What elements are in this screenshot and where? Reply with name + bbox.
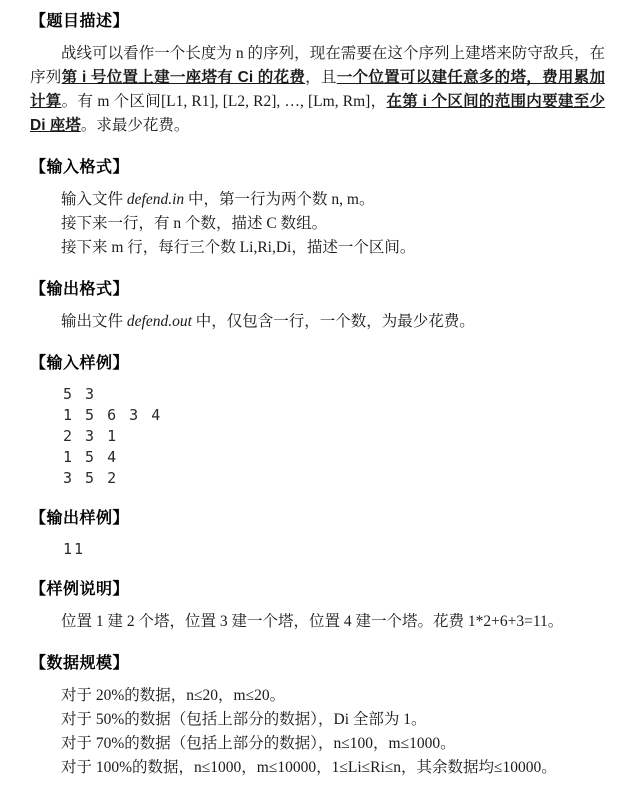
problem-description-paragraph: 战线可以看作一个长度为 n 的序列，现在需要在这个序列上建塔来防守敌兵，在序列第… — [30, 42, 605, 138]
heading-problem-description: 【题目描述】 — [30, 12, 605, 32]
code-line: 2 3 1 — [63, 426, 605, 447]
data-scale-lines: 对于 20%的数据，n≤20，m≤20。 对于 50%的数据（包括上部分的数据）… — [30, 684, 605, 780]
text-line: 输出文件 defend.out 中，仅包含一行，一个数，为最少花费。 — [30, 310, 605, 334]
text-line: 接下来一行，有 n 个数，描述 C 数组。 — [30, 212, 605, 236]
heading-sample-explanation: 【样例说明】 — [30, 580, 605, 600]
heading-input-sample: 【输入样例】 — [30, 354, 605, 374]
text-line: 对于 70%的数据（包括上部分的数据），n≤100，m≤1000。 — [30, 732, 605, 756]
heading-output-sample: 【输出样例】 — [30, 509, 605, 529]
text-line: 对于 20%的数据，n≤20，m≤20。 — [30, 684, 605, 708]
code-line: 3 5 2 — [63, 468, 605, 489]
section-sample-explanation: 【样例说明】 位置 1 建 2 个塔，位置 3 建一个塔，位置 4 建一个塔。花… — [30, 580, 605, 634]
code-line: 11 — [63, 539, 605, 560]
section-input-sample: 【输入样例】 5 3 1 5 6 3 4 2 3 1 1 5 4 3 5 2 — [30, 354, 605, 489]
input-format-lines: 输入文件 defend.in 中，第一行为两个数 n, m。 接下来一行，有 n… — [30, 188, 605, 260]
text-line: 位置 1 建 2 个塔，位置 3 建一个塔，位置 4 建一个塔。花费 1*2+6… — [30, 610, 605, 634]
section-problem-description: 【题目描述】 战线可以看作一个长度为 n 的序列，现在需要在这个序列上建塔来防守… — [30, 12, 605, 138]
text-line: 对于 100%的数据，n≤1000，m≤10000，1≤Li≤Ri≤n，其余数据… — [30, 756, 605, 780]
sample-explanation-lines: 位置 1 建 2 个塔，位置 3 建一个塔，位置 4 建一个塔。花费 1*2+6… — [30, 610, 605, 634]
document-page: 【题目描述】 战线可以看作一个长度为 n 的序列，现在需要在这个序列上建塔来防守… — [0, 0, 636, 794]
section-output-sample: 【输出样例】 11 — [30, 509, 605, 560]
output-format-lines: 输出文件 defend.out 中，仅包含一行，一个数，为最少花费。 — [30, 310, 605, 334]
code-line: 5 3 — [63, 384, 605, 405]
text-line: 输入文件 defend.in 中，第一行为两个数 n, m。 — [30, 188, 605, 212]
text-line: 接下来 m 行，每行三个数 Li,Ri,Di，描述一个区间。 — [30, 236, 605, 260]
section-output-format: 【输出格式】 输出文件 defend.out 中，仅包含一行，一个数，为最少花费… — [30, 280, 605, 334]
output-sample-code-block: 11 — [63, 539, 605, 560]
section-data-scale: 【数据规模】 对于 20%的数据，n≤20，m≤20。 对于 50%的数据（包括… — [30, 654, 605, 780]
heading-data-scale: 【数据规模】 — [30, 654, 605, 674]
heading-input-format: 【输入格式】 — [30, 158, 605, 178]
code-line: 1 5 6 3 4 — [63, 405, 605, 426]
section-input-format: 【输入格式】 输入文件 defend.in 中，第一行为两个数 n, m。 接下… — [30, 158, 605, 260]
heading-output-format: 【输出格式】 — [30, 280, 605, 300]
input-sample-code-block: 5 3 1 5 6 3 4 2 3 1 1 5 4 3 5 2 — [63, 384, 605, 489]
code-line: 1 5 4 — [63, 447, 605, 468]
text-line: 对于 50%的数据（包括上部分的数据），Di 全部为 1。 — [30, 708, 605, 732]
